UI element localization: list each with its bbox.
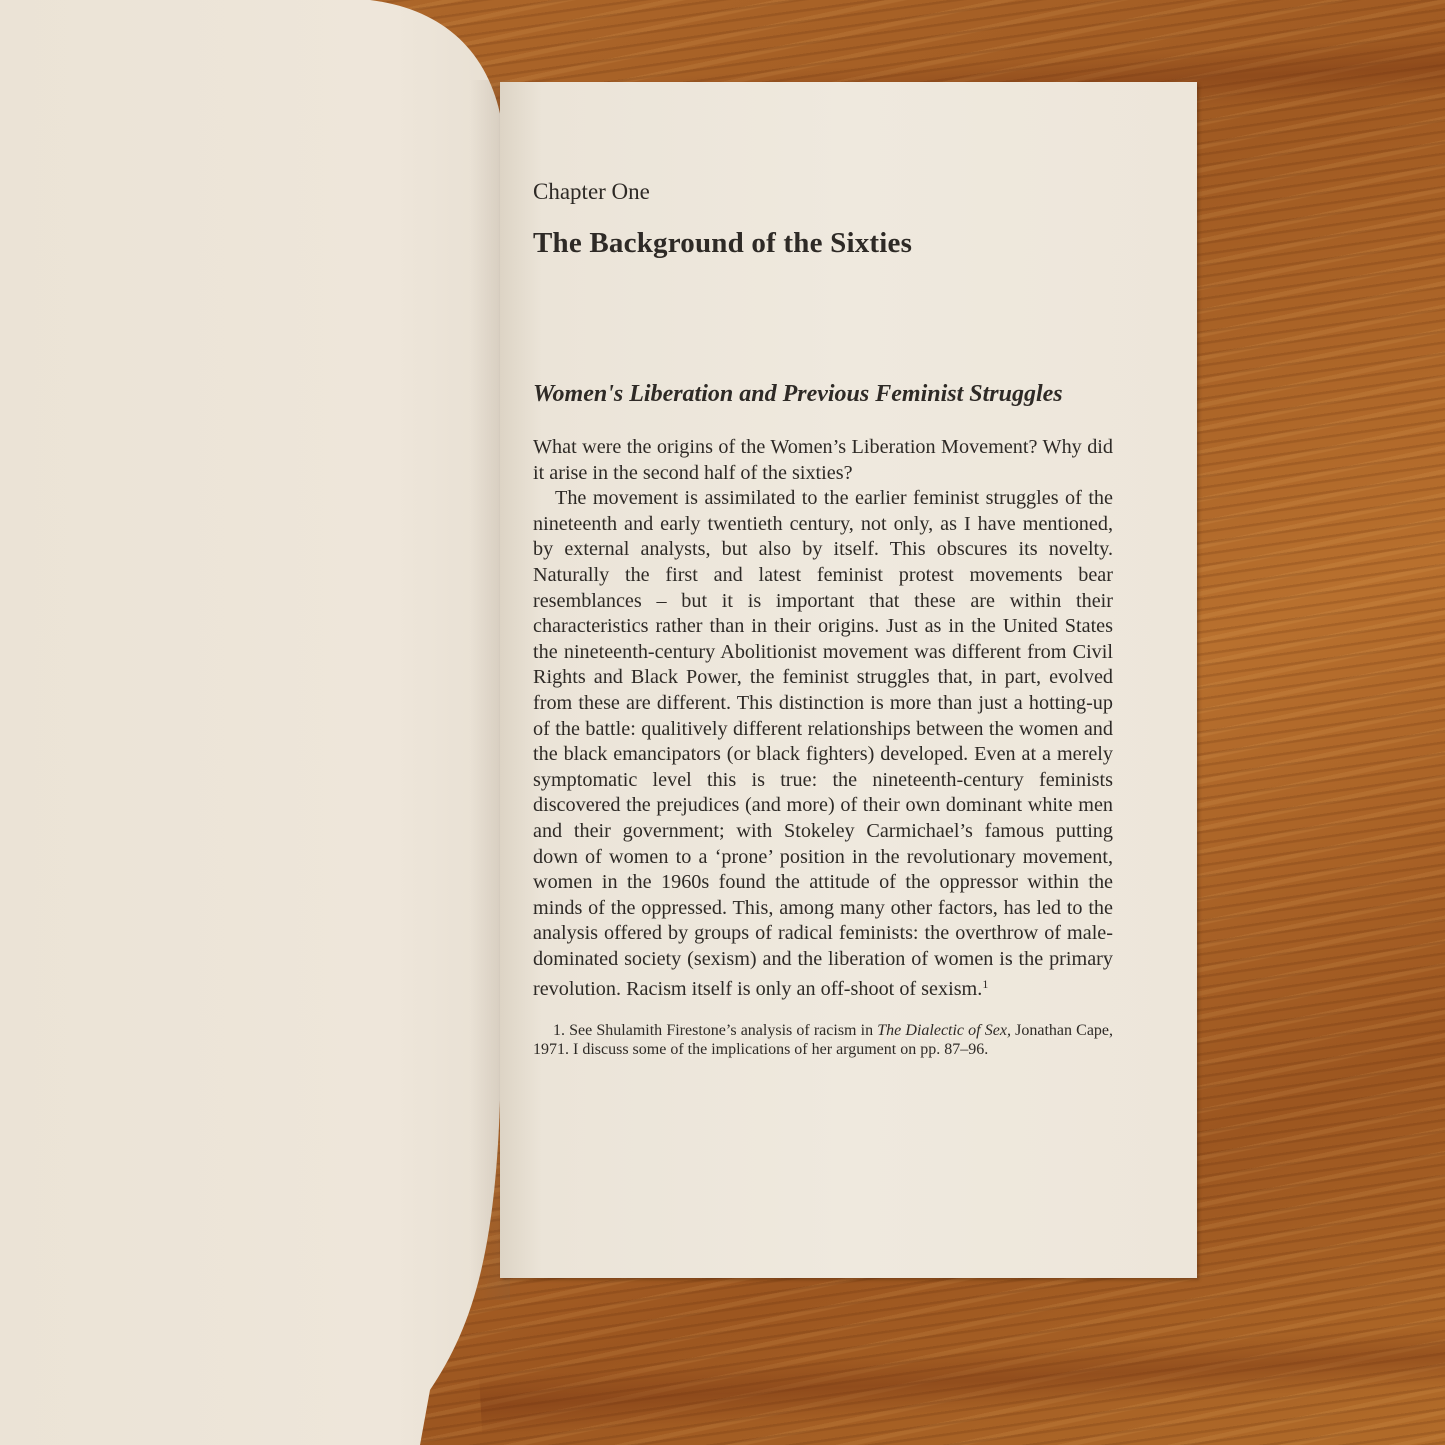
body-text: What were the origins of the Women’s Lib… <box>533 435 1113 1003</box>
chapter-label: Chapter One <box>533 177 1113 207</box>
text-column: Chapter One The Background of the Sixtie… <box>533 177 1113 1059</box>
footnote-marker: 1 <box>982 977 988 991</box>
footnote: 1. See Shulamith Firestone’s analysis of… <box>533 1021 1113 1059</box>
paragraph: What were the origins of the Women’s Lib… <box>533 435 1113 486</box>
chapter-title: The Background of the Sixties <box>533 225 1113 261</box>
footnote-book-title: The Dialectic of Sex, <box>877 1022 1011 1039</box>
footnote-number: 1. <box>533 1022 565 1039</box>
wood-grain-streak <box>479 1324 1445 1436</box>
footnote-text: See Shulamith Firestone’s analysis of ra… <box>569 1022 873 1039</box>
paragraph: The movement is assimilated to the earli… <box>533 486 1113 1003</box>
paragraph-text: The movement is assimilated to the earli… <box>533 487 1113 1000</box>
section-title: Women's Liberation and Previous Feminist… <box>533 379 1113 409</box>
right-page: Chapter One The Background of the Sixtie… <box>500 82 1197 1278</box>
